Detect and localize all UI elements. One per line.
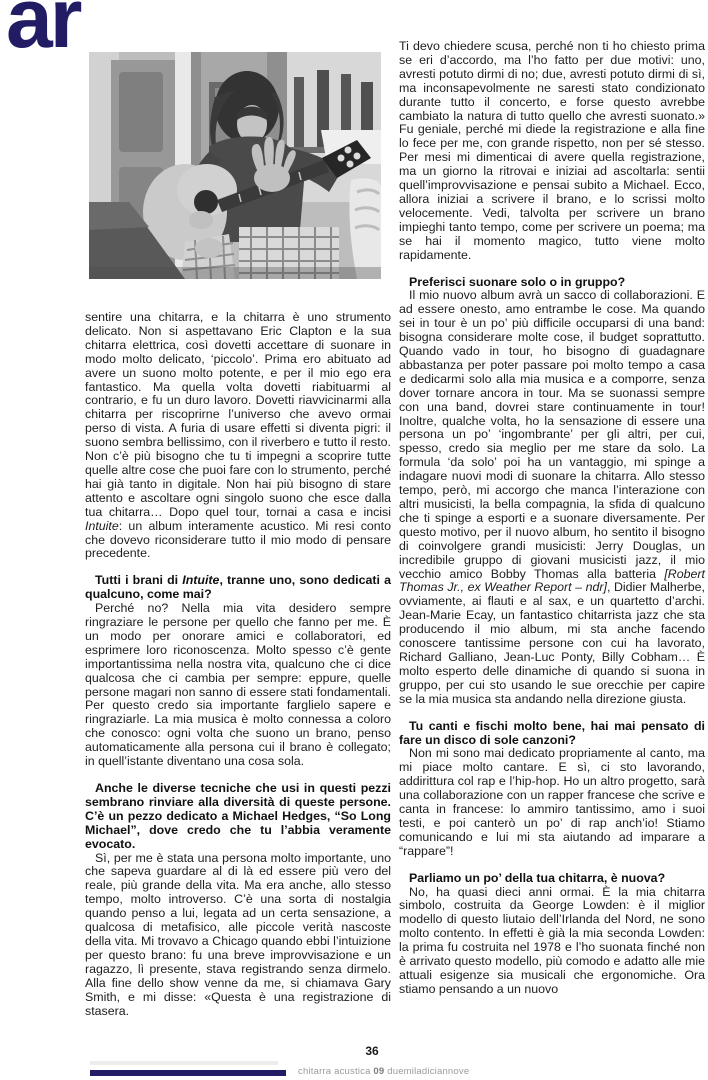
left-column: sentire una chitarra, e la chitarra è un… [85,311,391,1018]
interview-answer: Perché no? Nella mia vita desidero sempr… [85,602,391,769]
interview-question: Anche le diverse tecniche che usi in que… [85,782,391,852]
footer-accent-bar [90,1070,286,1076]
interview-answer: Non mi sono mai dedicato propriamente al… [399,747,705,858]
interview-question: Parliamo un po’ della tua chitarra, è nu… [399,872,705,886]
interview-answer: Sì, per me è stata una persona molto imp… [85,852,391,1019]
interview-answer: No, ha quasi dieci anni ormai. È la mia … [399,886,705,997]
page-number: 36 [360,1044,384,1058]
guitarist-photo-illustration [89,52,381,279]
footer-magazine-name: chitarra acustica [298,1066,373,1077]
footer-ghost-line [90,1061,278,1065]
interview-answer: sentire una chitarra, e la chitarra è un… [85,311,391,561]
interview-question: Tu canti e fischi molto bene, hai mai pe… [399,720,705,748]
guitarist-photo [89,52,381,279]
footer-text: chitarra acustica 09 duemiladiciannove [298,1066,469,1077]
footer-issue-number: 09 [373,1066,387,1077]
interview-answer: Il mio nuovo album avrà un sacco di coll… [399,289,705,706]
magazine-page: ar [0,0,708,1080]
interview-question: Preferisci suonare solo o in gruppo? [399,276,705,290]
interview-answer: Ti devo chiedere scusa, perché non ti ho… [399,40,705,263]
interview-question: Tutti i brani di Intuite, tranne uno, so… [85,574,391,602]
magazine-section-logo: ar [6,0,79,60]
right-column: Ti devo chiedere scusa, perché non ti ho… [399,40,705,997]
footer-year: duemiladiciannove [387,1066,469,1077]
